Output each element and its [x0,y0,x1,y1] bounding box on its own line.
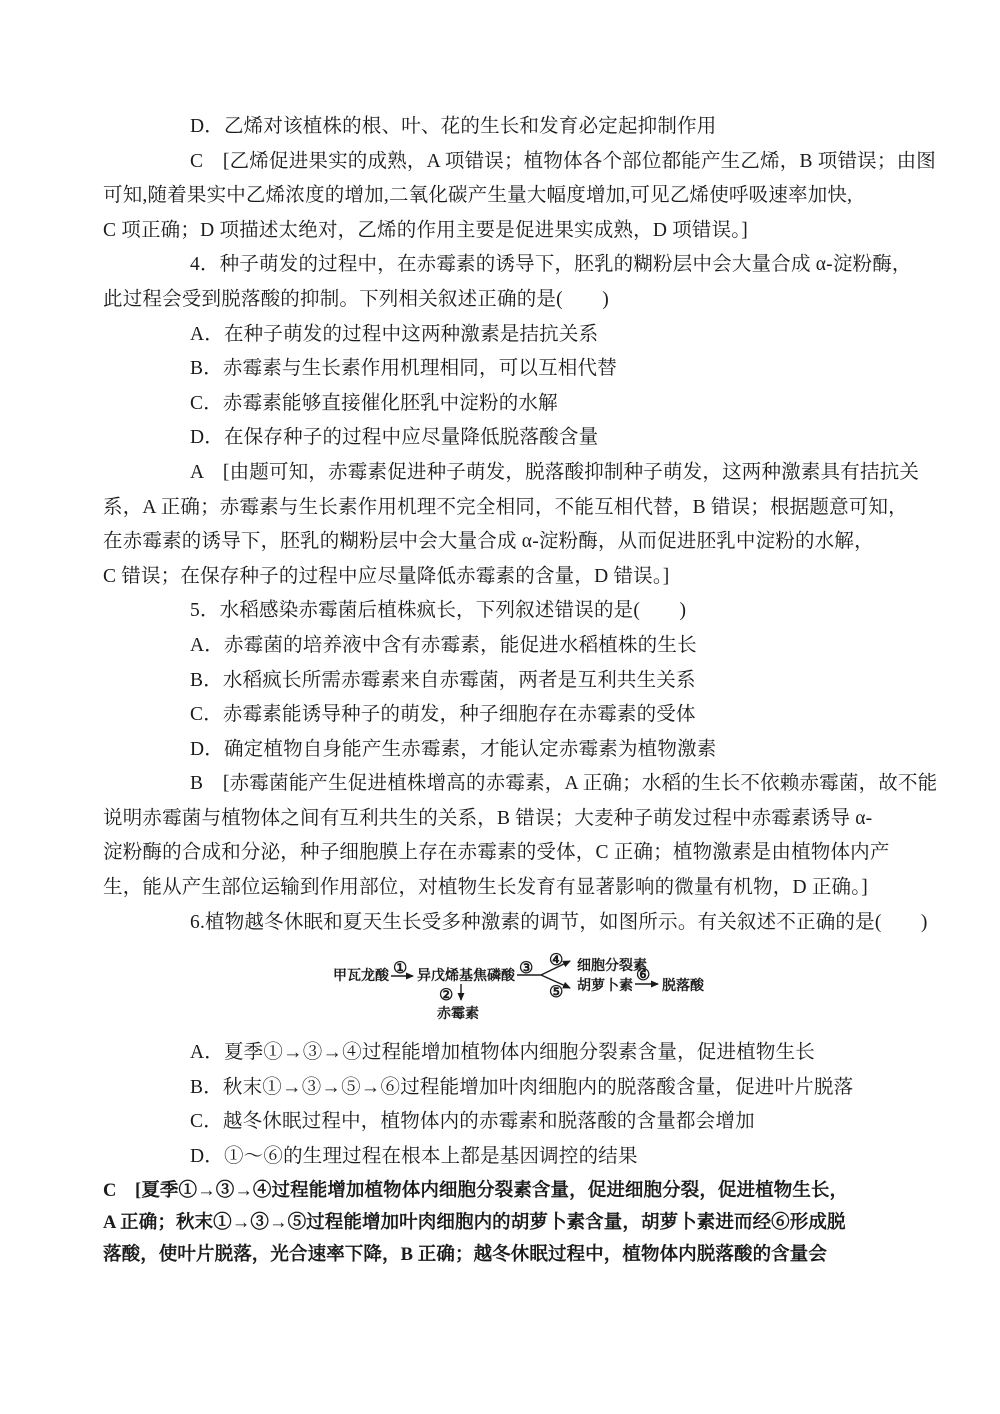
answer-line: 可知,随着果实中乙烯浓度的增加,二氧化碳产生量大幅度增加,可见乙烯使呼吸速率加快… [103,179,1000,214]
document-page: D．乙烯对该植株的根、叶、花的生长和发育必定起抑制作用 C [乙烯促进果实的成熟… [0,0,1000,1414]
option-line: B．赤霉素与生长素作用机理相同，可以互相代替 [103,352,1000,387]
answer-line: 在赤霉素的诱导下，胚乳的糊粉层中会大量合成 α-淀粉酶，从而促进胚乳中淀粉的水解… [103,525,1000,560]
hormone-pathway-figure: 甲瓦龙酸 ① 异戊烯基焦磷酸 ② 赤霉素 ③ ④ 细胞分裂素 ⑤ 胡萝卜素 ⑥ … [333,948,1000,1024]
answer-line: 说明赤霉菌与植物体之间有互利共生的关系，B 错误；大麦种子萌发过程中赤霉素诱导 … [103,802,1000,837]
option-line: C．赤霉素能够直接催化胚乳中淀粉的水解 [103,387,1000,422]
question-stem-line: 此过程会受到脱落酸的抑制。下列相关叙述正确的是( ) [103,283,1000,318]
question-4-block: 4．种子萌发的过程中，在赤霉素的诱导下，胚乳的糊粉层中会大量合成 α-淀粉酶， … [103,248,1000,594]
option-line: D．确定植物自身能产生赤霉素，才能认定赤霉素为植物激素 [103,733,1000,768]
step-1-label: ① [393,960,407,977]
step-6-label: ⑥ [636,967,650,984]
option-line: D．①～⑥的生理过程在根本上都是基因调控的结果 [103,1140,1000,1175]
node-gibberellin: 赤霉素 [437,1005,479,1022]
answer-line: 系，A 正确；赤霉素与生长素作用机理不完全相同，不能互相代替，B 错误；根据题意… [103,491,1000,526]
answer-line: A 正确；秋末①→③→⑤过程能增加叶肉细胞内的胡萝卜素含量，胡萝卜素进而经⑥形成… [103,1207,1000,1239]
option-line: B．水稻疯长所需赤霉素来自赤霉菌，两者是互利共生关系 [103,664,1000,699]
step-4-label: ④ [549,952,563,969]
question-3-block: D．乙烯对该植株的根、叶、花的生长和发育必定起抑制作用 C [乙烯促进果实的成熟… [103,110,1000,248]
answer-line: C 项正确；D 项描述太绝对，乙烯的作用主要是促进果实成熟，D 项错误。] [103,214,1000,249]
node-mevalonic-acid: 甲瓦龙酸 [333,967,390,984]
option-line: B．秋末①→③→⑤→⑥过程能增加叶肉细胞内的脱落酸含量，促进叶片脱落 [103,1071,1000,1106]
question-stem-line: 4．种子萌发的过程中，在赤霉素的诱导下，胚乳的糊粉层中会大量合成 α-淀粉酶， [103,248,1000,283]
answer-line: C [夏季①→③→④过程能增加植物体内细胞分裂素含量，促进细胞分裂，促进植物生长… [103,1175,1000,1207]
node-abscisic-acid: 脱落酸 [662,977,705,994]
option-line: D．乙烯对该植株的根、叶、花的生长和发育必定起抑制作用 [103,110,1000,145]
option-line: C．赤霉素能诱导种子的萌发，种子细胞存在赤霉素的受体 [103,698,1000,733]
answer-line: A [由题可知，赤霉素促进种子萌发，脱落酸抑制种子萌发，这两种激素具有拮抗关 [103,456,1000,491]
step-2-label: ② [439,987,453,1004]
option-line: D．在保存种子的过程中应尽量降低脱落酸含量 [103,421,1000,456]
node-carotene: 胡萝卜素 [577,977,633,994]
hormone-pathway-diagram: 甲瓦龙酸 ① 异戊烯基焦磷酸 ② 赤霉素 ③ ④ 细胞分裂素 ⑤ 胡萝卜素 ⑥ … [333,948,713,1024]
option-line: C．越冬休眠过程中，植物体内的赤霉素和脱落酸的含量都会增加 [103,1105,1000,1140]
question-stem-line: 5．水稻感染赤霉菌后植株疯长，下列叙述错误的是( ) [103,594,1000,629]
answer-line: 生，能从产生部位运输到作用部位，对植物生长发育有显著影响的微量有机物，D 正确。… [103,871,1000,906]
answer-line: B [赤霉菌能产生促进植株增高的赤霉素，A 正确；水稻的生长不依赖赤霉菌，故不能 [103,767,1000,802]
option-line: A．赤霉菌的培养液中含有赤霉素，能促进水稻植株的生长 [103,629,1000,664]
answer-line: 淀粉酶的合成和分泌，种子细胞膜上存在赤霉素的受体，C 正确；植物激素是由植物体内… [103,836,1000,871]
question-5-block: 5．水稻感染赤霉菌后植株疯长，下列叙述错误的是( ) A．赤霉菌的培养液中含有赤… [103,594,1000,905]
step-5-label: ⑤ [549,984,563,1001]
question-6-block: 6.植物越冬休眠和夏天生长受多种激素的调节，如图所示。有关叙述不正确的是( ) … [103,906,1000,1272]
answer-line: 落酸，使叶片脱落，光合速率下降，B 正确；越冬休眠过程中，植物体内脱落酸的含量会 [103,1239,1000,1271]
question-stem-line: 6.植物越冬休眠和夏天生长受多种激素的调节，如图所示。有关叙述不正确的是( ) [103,906,1000,941]
node-isopentenyl-pyrophosphate: 异戊烯基焦磷酸 [417,967,516,984]
answer-line: C [乙烯促进果实的成熟，A 项错误；植物体各个部位都能产生乙烯，B 项错误；由… [103,145,1000,180]
answer-line: C 错误；在保存种子的过程中应尽量降低赤霉素的含量，D 错误。] [103,560,1000,595]
option-line: A．夏季①→③→④过程能增加植物体内细胞分裂素含量，促进植物生长 [103,1036,1000,1071]
option-line: A．在种子萌发的过程中这两种激素是拮抗关系 [103,318,1000,353]
